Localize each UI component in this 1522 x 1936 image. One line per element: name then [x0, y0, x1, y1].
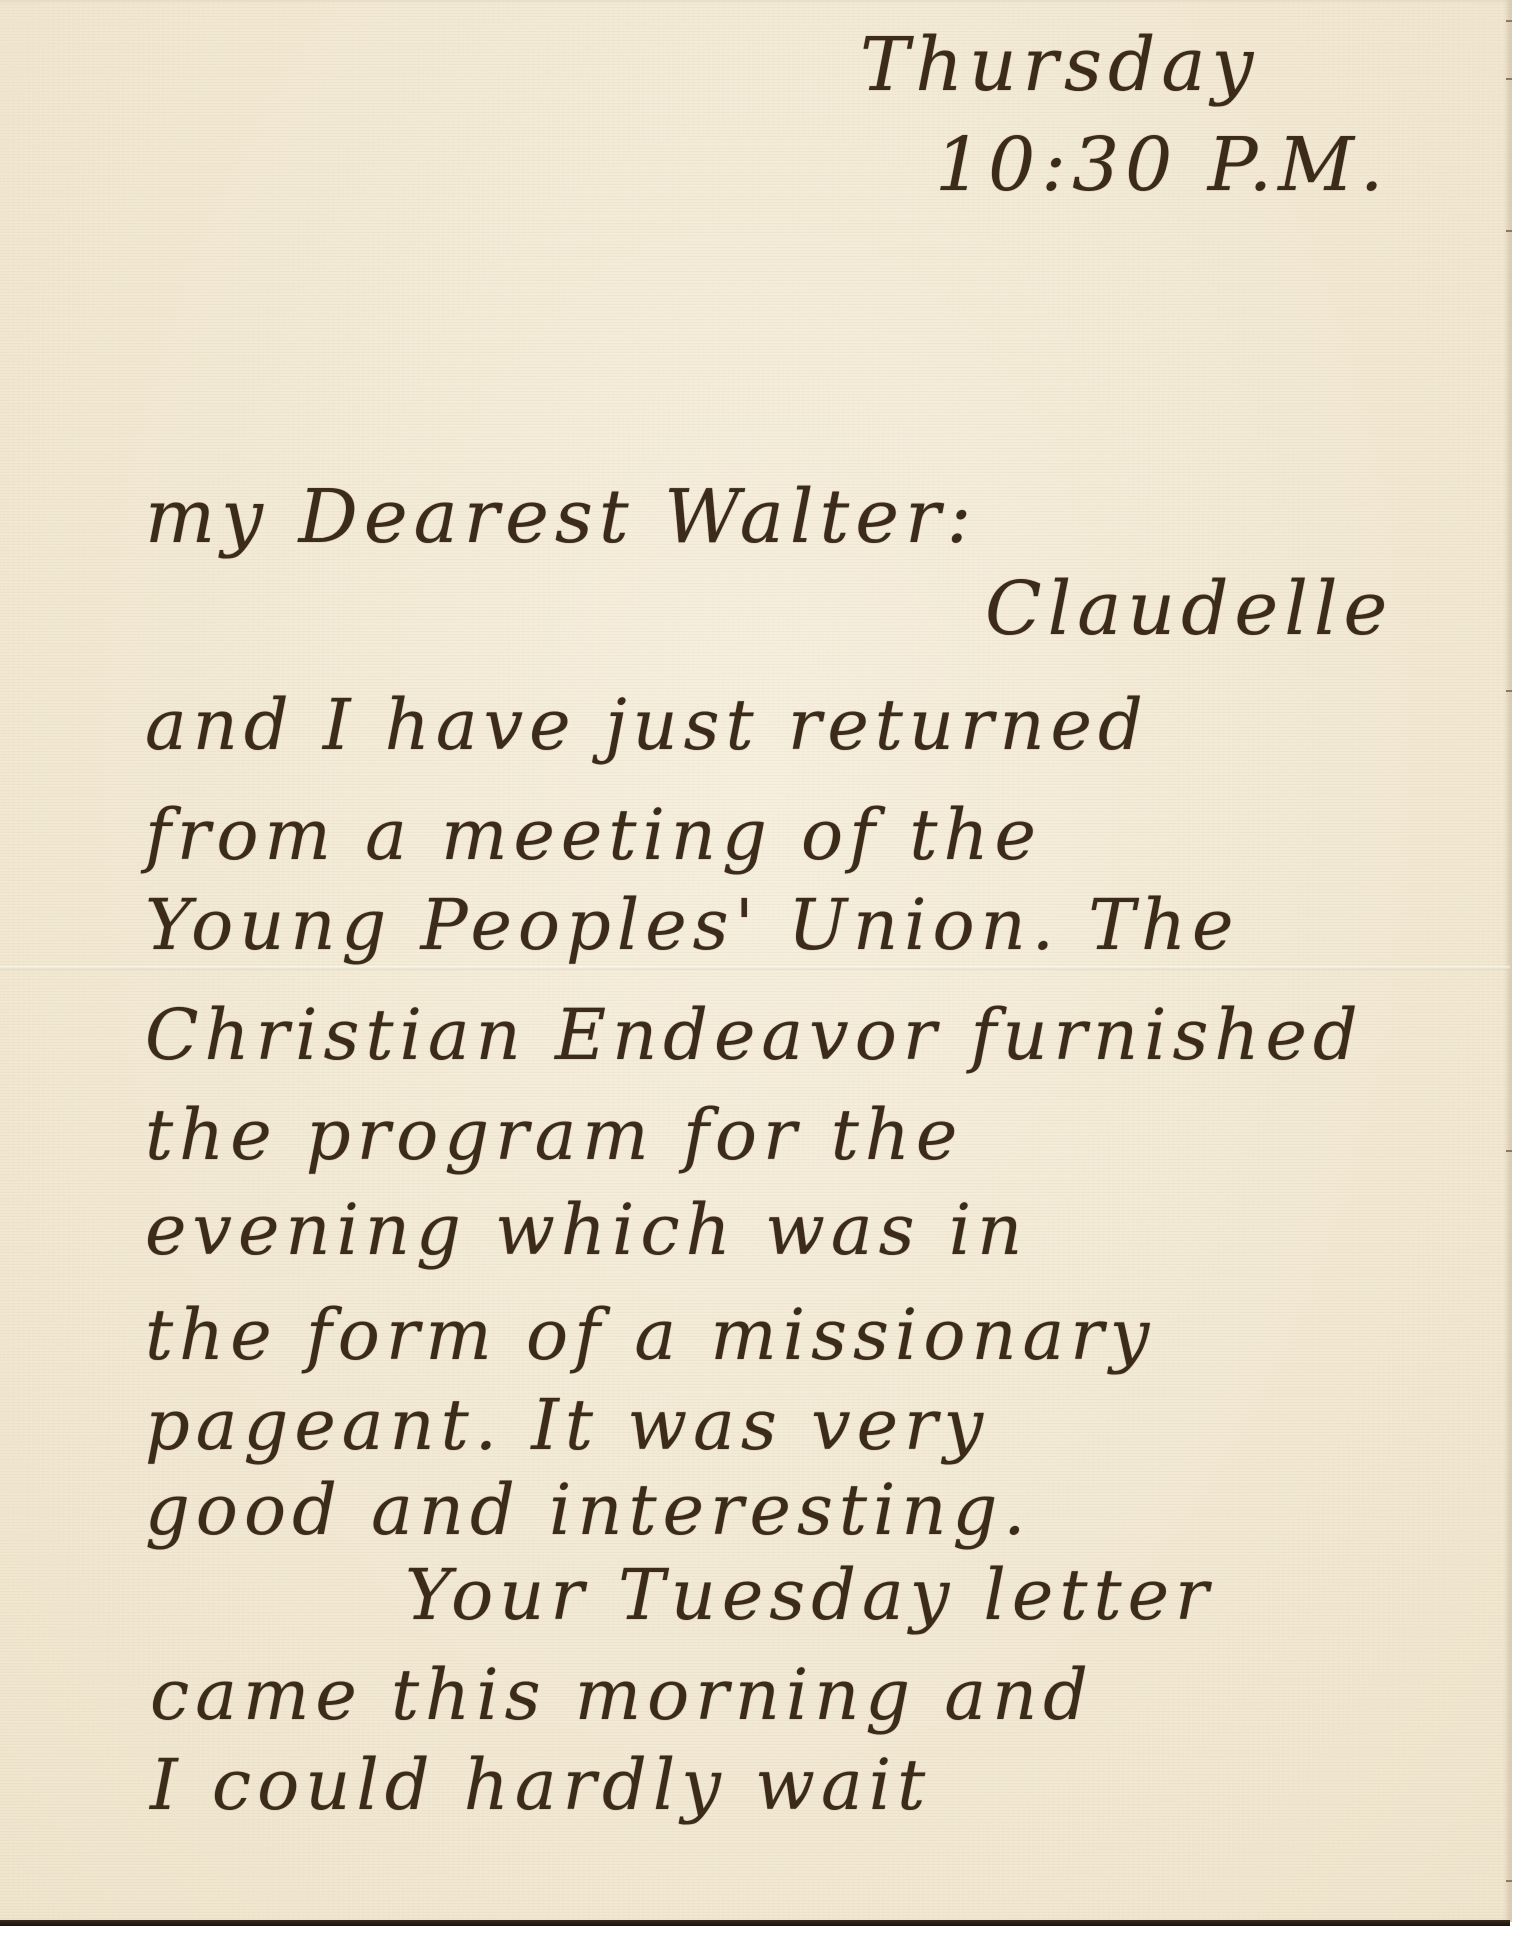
letter-salutation: my Dearest Walter: — [145, 480, 977, 554]
letter-time: 10:30 P.M. — [935, 128, 1389, 202]
letter-line: good and interesting. — [145, 1475, 1032, 1545]
letter-line: Claudelle — [985, 572, 1393, 646]
paper-fold-line — [0, 966, 1510, 970]
letter-page: Thursday 10:30 P.M. my Dearest Walter: C… — [0, 0, 1512, 1922]
letter-day: Thursday — [860, 28, 1259, 102]
letter-line: the form of a missionary — [145, 1300, 1155, 1370]
letter-line: came this morning and — [150, 1660, 1094, 1730]
letter-line: evening which was in — [145, 1195, 1028, 1265]
letter-line: and I have just returned — [145, 690, 1149, 760]
letter-line: from a meeting of the — [145, 800, 1042, 870]
letter-line: I could hardly wait — [150, 1750, 931, 1820]
letter-line: Christian Endeavor furnished — [145, 1000, 1364, 1070]
paper-bottom-edge — [0, 1920, 1510, 1926]
letter-line: Your Tuesday letter — [405, 1560, 1215, 1630]
letter-line: the program for the — [145, 1100, 963, 1170]
letter-line: pageant. It was very — [145, 1390, 989, 1460]
letter-line: Young Peoples' Union. The — [145, 890, 1239, 960]
